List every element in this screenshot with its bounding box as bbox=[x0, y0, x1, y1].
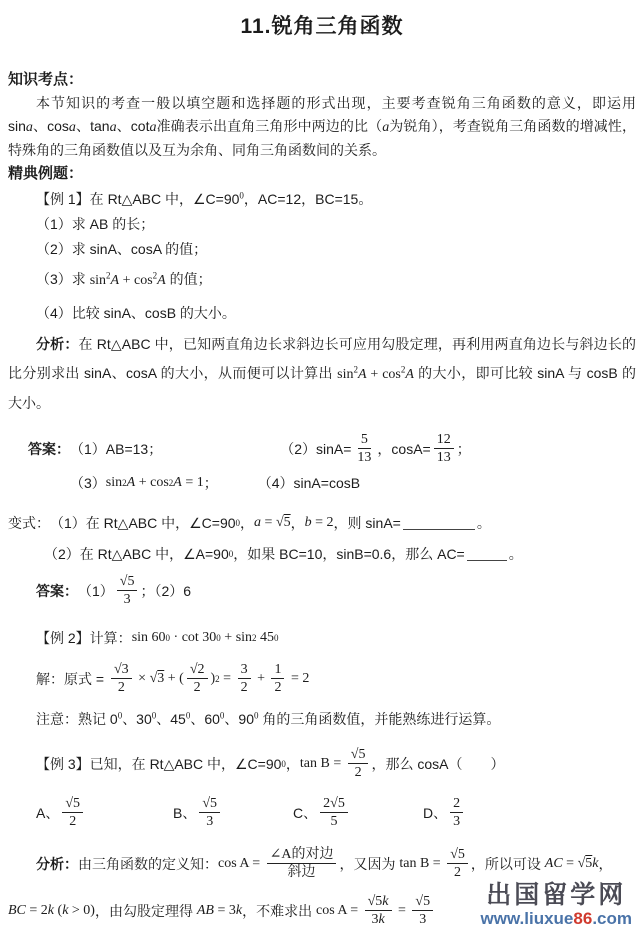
example-3-analysis-line-1: 分析：由三角函数的定义知：cos A = ∠A的对边斜边，又因为 tan B =… bbox=[36, 846, 636, 881]
math-sin: + sin bbox=[221, 630, 252, 646]
radical-sign: √ bbox=[120, 573, 128, 590]
fraction: 23 bbox=[450, 795, 463, 830]
radicand: 3 bbox=[157, 671, 164, 686]
fraction-numerator: 1 bbox=[271, 661, 284, 679]
document-page: 11.锐角三角函数 知识考点： 本节知识的考查一般以填空题和选择题的形式出现，主… bbox=[0, 0, 644, 928]
fraction-numerator: √5k bbox=[365, 893, 392, 911]
option-C: C、2√55 bbox=[293, 795, 423, 830]
watermark-site-name: 出国留学网 bbox=[481, 882, 633, 909]
math-var-alpha: a bbox=[69, 120, 76, 135]
answer-text: （1） bbox=[78, 581, 114, 601]
example-1-answer-row-1: 答案：（1）AB=13；（2）sinA=513，cosA=1213； bbox=[28, 431, 636, 466]
answer-text: （1）AB=13； bbox=[70, 439, 162, 459]
math-cot30: · cot 30 bbox=[170, 630, 216, 646]
fraction-denominator: 3 bbox=[416, 911, 429, 928]
math-equals: = bbox=[261, 515, 276, 531]
square-root: √5 bbox=[276, 515, 291, 531]
den-number: 3 bbox=[371, 911, 378, 928]
radicand: 5 bbox=[73, 795, 80, 812]
fraction: √52 bbox=[447, 846, 468, 881]
knowledge-paragraph: 本节知识的考查一般以填空题和选择题的形式出现，主要考查锐角三角函数的意义，即运用… bbox=[8, 92, 636, 162]
math-equals: = bbox=[395, 903, 410, 919]
note-text: 、30 bbox=[122, 711, 152, 727]
math-plus: + bbox=[367, 367, 383, 382]
fraction: 513 bbox=[354, 431, 374, 466]
fraction-numerator: √5 bbox=[412, 893, 433, 911]
math-var-a: a bbox=[254, 515, 261, 531]
math-plus: + bbox=[254, 671, 269, 687]
variation-text: ，如果 BC=10，sinB=0.6，那么 AC= bbox=[233, 544, 464, 564]
math-var-k: k bbox=[378, 911, 384, 928]
fraction-denominator: 3 bbox=[450, 813, 463, 830]
fraction-denominator: 2 bbox=[451, 864, 464, 881]
paragraph-text: 准确表示出直角三角形中两边的比（ bbox=[156, 118, 382, 134]
math-cosA: cos A = bbox=[218, 856, 264, 872]
fraction: 1213 bbox=[434, 431, 454, 466]
math-equals-two: = 2 bbox=[312, 515, 334, 531]
watermark: 出国留学网 www.liuxue86.com bbox=[481, 882, 633, 928]
fraction: √32 bbox=[111, 661, 132, 696]
option-label: D、 bbox=[423, 803, 447, 823]
option-label: A、 bbox=[36, 803, 59, 823]
solution-text: 原式 = bbox=[64, 669, 108, 689]
math-var-A: A bbox=[405, 367, 414, 382]
note-text: 角的三角函数值，并能熟练进行运算。 bbox=[259, 711, 501, 727]
math-var-A: A bbox=[173, 475, 182, 491]
example-1-question-1: （1）求 AB 的长； bbox=[36, 213, 636, 235]
variation-text: （2）在 Rt△ABC 中，∠A=90 bbox=[44, 544, 229, 564]
fraction-denominator: 2 bbox=[115, 679, 128, 696]
math-var-A: A bbox=[358, 367, 367, 382]
analysis-text: ，由勾股定理得 bbox=[95, 901, 197, 921]
page-title: 11.锐角三角函数 bbox=[8, 10, 636, 40]
fraction-numerator: √5 bbox=[117, 573, 138, 591]
option-D: D、23 bbox=[423, 795, 466, 830]
fraction-numerator: √5 bbox=[62, 795, 83, 813]
fraction-numerator: √2 bbox=[187, 661, 208, 679]
fraction-numerator: √3 bbox=[111, 661, 132, 679]
radicand: 5 bbox=[375, 893, 382, 910]
radical-sign: √ bbox=[415, 893, 423, 910]
math-fn-cos: cos bbox=[134, 273, 153, 288]
solution-label: 解： bbox=[36, 669, 64, 689]
fraction-denominator: 5 bbox=[327, 813, 340, 830]
answer-text: ，cosA= bbox=[377, 439, 430, 459]
radical-sign: √ bbox=[368, 893, 376, 910]
variation-text: （1）在 Rt△ABC 中，∠C=90 bbox=[50, 513, 236, 533]
fraction: √53 bbox=[412, 893, 433, 928]
fraction: √22 bbox=[187, 661, 208, 696]
example-2-header: 【例 2】计算：sin 600 · cot 300 + sin2 450 bbox=[36, 628, 636, 648]
answer-text: （3） bbox=[70, 473, 106, 493]
answer-label: 答案： bbox=[36, 581, 78, 601]
math-fn-sin: sin bbox=[90, 273, 106, 288]
analysis-text: ，又因为 bbox=[339, 854, 399, 874]
radicand: 5 bbox=[338, 795, 345, 812]
analysis-text: ，不难求出 bbox=[242, 901, 316, 921]
math-cosA: cos A = bbox=[316, 903, 362, 919]
fraction-numerator: 2 bbox=[450, 795, 463, 813]
math-plus: + bbox=[135, 475, 150, 491]
variation-line-1: 变式：（1）在 Rt△ABC 中，∠C=900，a = √5，b = 2，则 s… bbox=[8, 513, 636, 533]
example-text: ，那么 cosA（ ） bbox=[371, 754, 504, 774]
example-3-options: A、√52 B、√53 C、2√55 D、23 bbox=[36, 795, 636, 830]
square-root: √5 bbox=[578, 856, 593, 872]
fraction-denominator: 2 bbox=[66, 813, 79, 830]
square-root: √3 bbox=[150, 671, 165, 687]
answer-text: （2）sinA= bbox=[280, 439, 351, 459]
fraction: 2√55 bbox=[320, 795, 348, 830]
math-var-alpha: a bbox=[110, 120, 117, 135]
answer-text: ；（2）6 bbox=[140, 581, 191, 601]
math-var-A: A bbox=[157, 273, 166, 288]
math-var-alpha: a bbox=[26, 120, 33, 135]
variation-answer: 答案：（1）√53；（2）6 bbox=[36, 573, 636, 608]
fraction-denominator: 3k bbox=[368, 911, 387, 928]
radicand: 5 bbox=[358, 746, 365, 763]
example-1-answer-row-2: （3）sin2A + cos2A = 1；（4）sinA=cosB bbox=[70, 473, 636, 493]
example-text: 【例 1】在 Rt△ABC 中，∠C=90 bbox=[36, 191, 239, 207]
example-2-solution: 解：原式 = √32 × √3 + (√22)2 = 32 + 12 = 2 bbox=[36, 661, 636, 696]
option-A: A、√52 bbox=[36, 795, 173, 830]
math-equals: = bbox=[220, 671, 235, 687]
fraction: ∠A的对边斜边 bbox=[267, 846, 337, 881]
question-text: 的值； bbox=[166, 271, 212, 287]
answer-label: 答案： bbox=[28, 439, 70, 459]
variation-text: 。 bbox=[477, 513, 491, 533]
question-text: （3）求 bbox=[36, 271, 90, 287]
fraction: √53 bbox=[199, 795, 220, 830]
fraction-numerator: √5 bbox=[199, 795, 220, 813]
math-tanB: tan B = bbox=[300, 756, 345, 772]
radicand: 5 bbox=[423, 893, 430, 910]
math-var-AC: AC bbox=[545, 856, 563, 872]
analysis-label: 分析： bbox=[36, 336, 79, 352]
fraction: √53 bbox=[117, 573, 138, 608]
paragraph-text: 、tan bbox=[76, 118, 110, 134]
example-1-analysis: 分析：在 Rt△ABC 中，已知两直角边长求斜边长可应用勾股定理，再利用两直角边… bbox=[8, 330, 636, 418]
knowledge-heading: 知识考点： bbox=[8, 68, 636, 89]
math-fn-sin: sin bbox=[337, 367, 353, 382]
note-text: 、45 bbox=[156, 711, 186, 727]
variation-text: ， bbox=[240, 513, 254, 533]
answer-text: （4）sinA=cosB bbox=[258, 473, 360, 493]
example-text: 【例 2】计算： bbox=[36, 628, 132, 648]
fraction-denominator: 13 bbox=[354, 449, 374, 466]
math-var-A: A bbox=[111, 273, 120, 288]
variation-label: 变式： bbox=[8, 513, 50, 533]
classic-examples-heading: 精典例题： bbox=[8, 162, 636, 183]
note-text: 注意：熟记 0 bbox=[36, 711, 118, 727]
answer-text: ； bbox=[457, 439, 471, 459]
math-plus: + bbox=[119, 273, 134, 288]
analysis-text: ，所以可设 bbox=[471, 854, 545, 874]
radical-sign: √ bbox=[114, 661, 122, 678]
fraction-denominator: 2 bbox=[352, 764, 365, 781]
math-equals-one: = 1 bbox=[182, 475, 204, 491]
math-times: × bbox=[135, 671, 150, 687]
example-2-note: 注意：熟记 00、300、450、600、900 角的三角函数值，并能熟练进行运… bbox=[36, 708, 636, 730]
radical-sign: √ bbox=[65, 795, 73, 812]
radical-sign: √ bbox=[202, 795, 210, 812]
radicand: 5 bbox=[458, 846, 465, 863]
analysis-label: 分析： bbox=[36, 854, 78, 874]
math-var-AB: AB bbox=[197, 903, 214, 919]
fraction-denominator: 2 bbox=[238, 679, 251, 696]
watermark-url-prefix: www.liuxue bbox=[481, 909, 574, 928]
fraction: √52 bbox=[348, 746, 369, 781]
fraction: √52 bbox=[62, 795, 83, 830]
variation-text: 。 bbox=[509, 544, 523, 564]
watermark-url-suffix: .com bbox=[592, 909, 632, 928]
math-equals-3: = 3 bbox=[214, 903, 236, 919]
variation-line-2: （2）在 Rt△ABC 中，∠A=900，如果 BC=10，sinB=0.6，那… bbox=[44, 544, 636, 564]
example-text: 【例 3】已知，在 Rt△ABC 中，∠C=90 bbox=[36, 754, 281, 774]
math-fn-cos: cos bbox=[382, 367, 401, 382]
fraction-numerator: 5 bbox=[358, 431, 371, 449]
note-text: 、60 bbox=[190, 711, 220, 727]
math-sin60: sin 60 bbox=[132, 630, 166, 646]
answer-blank bbox=[403, 515, 475, 530]
math-tanB: tan B = bbox=[399, 856, 444, 872]
note-text: 、90 bbox=[224, 711, 254, 727]
radical-sign: √ bbox=[330, 795, 338, 812]
radical-sign: √ bbox=[450, 846, 458, 863]
math-var-A: A bbox=[127, 475, 136, 491]
fraction-denominator: 13 bbox=[434, 449, 454, 466]
answer-text: ； bbox=[204, 473, 218, 493]
radicand: 5 bbox=[284, 515, 291, 530]
math-var-k: k bbox=[382, 893, 388, 910]
radicand: 5 bbox=[585, 856, 592, 871]
math-equals: = bbox=[563, 856, 578, 872]
radicand: 5 bbox=[210, 795, 217, 812]
option-B: B、√53 bbox=[173, 795, 293, 830]
analysis-text: 由三角函数的定义知： bbox=[78, 854, 218, 874]
fraction-denominator: 2 bbox=[191, 679, 204, 696]
fraction: √5k3k bbox=[365, 893, 392, 928]
math-var-BC: BC bbox=[8, 903, 26, 919]
analysis-text: ， bbox=[598, 854, 612, 874]
fraction-numerator: 12 bbox=[434, 431, 454, 449]
math-open-paren: ( bbox=[54, 903, 62, 919]
option-label: B、 bbox=[173, 803, 196, 823]
fraction-numerator: √5 bbox=[447, 846, 468, 864]
radical-sign: √ bbox=[351, 746, 359, 763]
math-fn-cos: cos bbox=[150, 475, 169, 491]
variation-text: ，则 sinA= bbox=[334, 513, 401, 533]
fraction-denominator: 斜边 bbox=[285, 864, 319, 881]
fraction-numerator: 2√5 bbox=[320, 795, 348, 813]
watermark-url-86: 86 bbox=[573, 909, 592, 928]
math-plus-paren: + ( bbox=[164, 671, 184, 687]
example-text: ， bbox=[286, 754, 300, 774]
fraction: 12 bbox=[271, 661, 284, 696]
math-45: 45 bbox=[257, 630, 275, 646]
fraction-numerator: 3 bbox=[238, 661, 251, 679]
example-1-question-4: （4）比较 sinA、cosB 的大小。 bbox=[36, 302, 636, 324]
radicand: 5 bbox=[127, 573, 134, 590]
fraction-denominator: 2 bbox=[271, 679, 284, 696]
example-1-question-2: （2）求 sinA、cosA 的值； bbox=[36, 238, 636, 260]
radical-sign: √ bbox=[276, 515, 284, 530]
math-gt-zero: > 0) bbox=[68, 903, 95, 919]
radicand: 3 bbox=[122, 661, 129, 678]
fraction: 32 bbox=[238, 661, 251, 696]
paragraph-text: 、cot bbox=[117, 118, 150, 134]
radical-sign: √ bbox=[190, 661, 198, 678]
example-3-header: 【例 3】已知，在 Rt△ABC 中，∠C=900，tan B = √52，那么… bbox=[36, 746, 636, 781]
fraction-denominator: 3 bbox=[121, 591, 134, 608]
example-1-header: 【例 1】在 Rt△ABC 中，∠C=900，AC=12，BC=15。 bbox=[36, 188, 636, 210]
watermark-url: www.liuxue86.com bbox=[481, 909, 633, 928]
radicand: 2 bbox=[198, 661, 205, 678]
math-equals-2: = 2 bbox=[26, 903, 48, 919]
paragraph-text: 、cos bbox=[33, 118, 69, 134]
fraction-numerator: ∠A的对边 bbox=[267, 846, 337, 864]
variation-text: ， bbox=[291, 513, 305, 533]
math-var-b: b bbox=[305, 515, 312, 531]
option-label: C、 bbox=[293, 803, 317, 823]
math-equals-two: = 2 bbox=[287, 671, 309, 687]
math-fn-sin: sin bbox=[106, 475, 122, 491]
coefficient: 2 bbox=[323, 795, 330, 812]
fraction-numerator: √5 bbox=[348, 746, 369, 764]
fraction-denominator: 3 bbox=[203, 813, 216, 830]
example-1-question-3: （3）求 sin2A + cos2A 的值； bbox=[36, 268, 636, 292]
answer-blank bbox=[467, 546, 507, 561]
example-text: ，AC=12，BC=15。 bbox=[244, 191, 372, 207]
